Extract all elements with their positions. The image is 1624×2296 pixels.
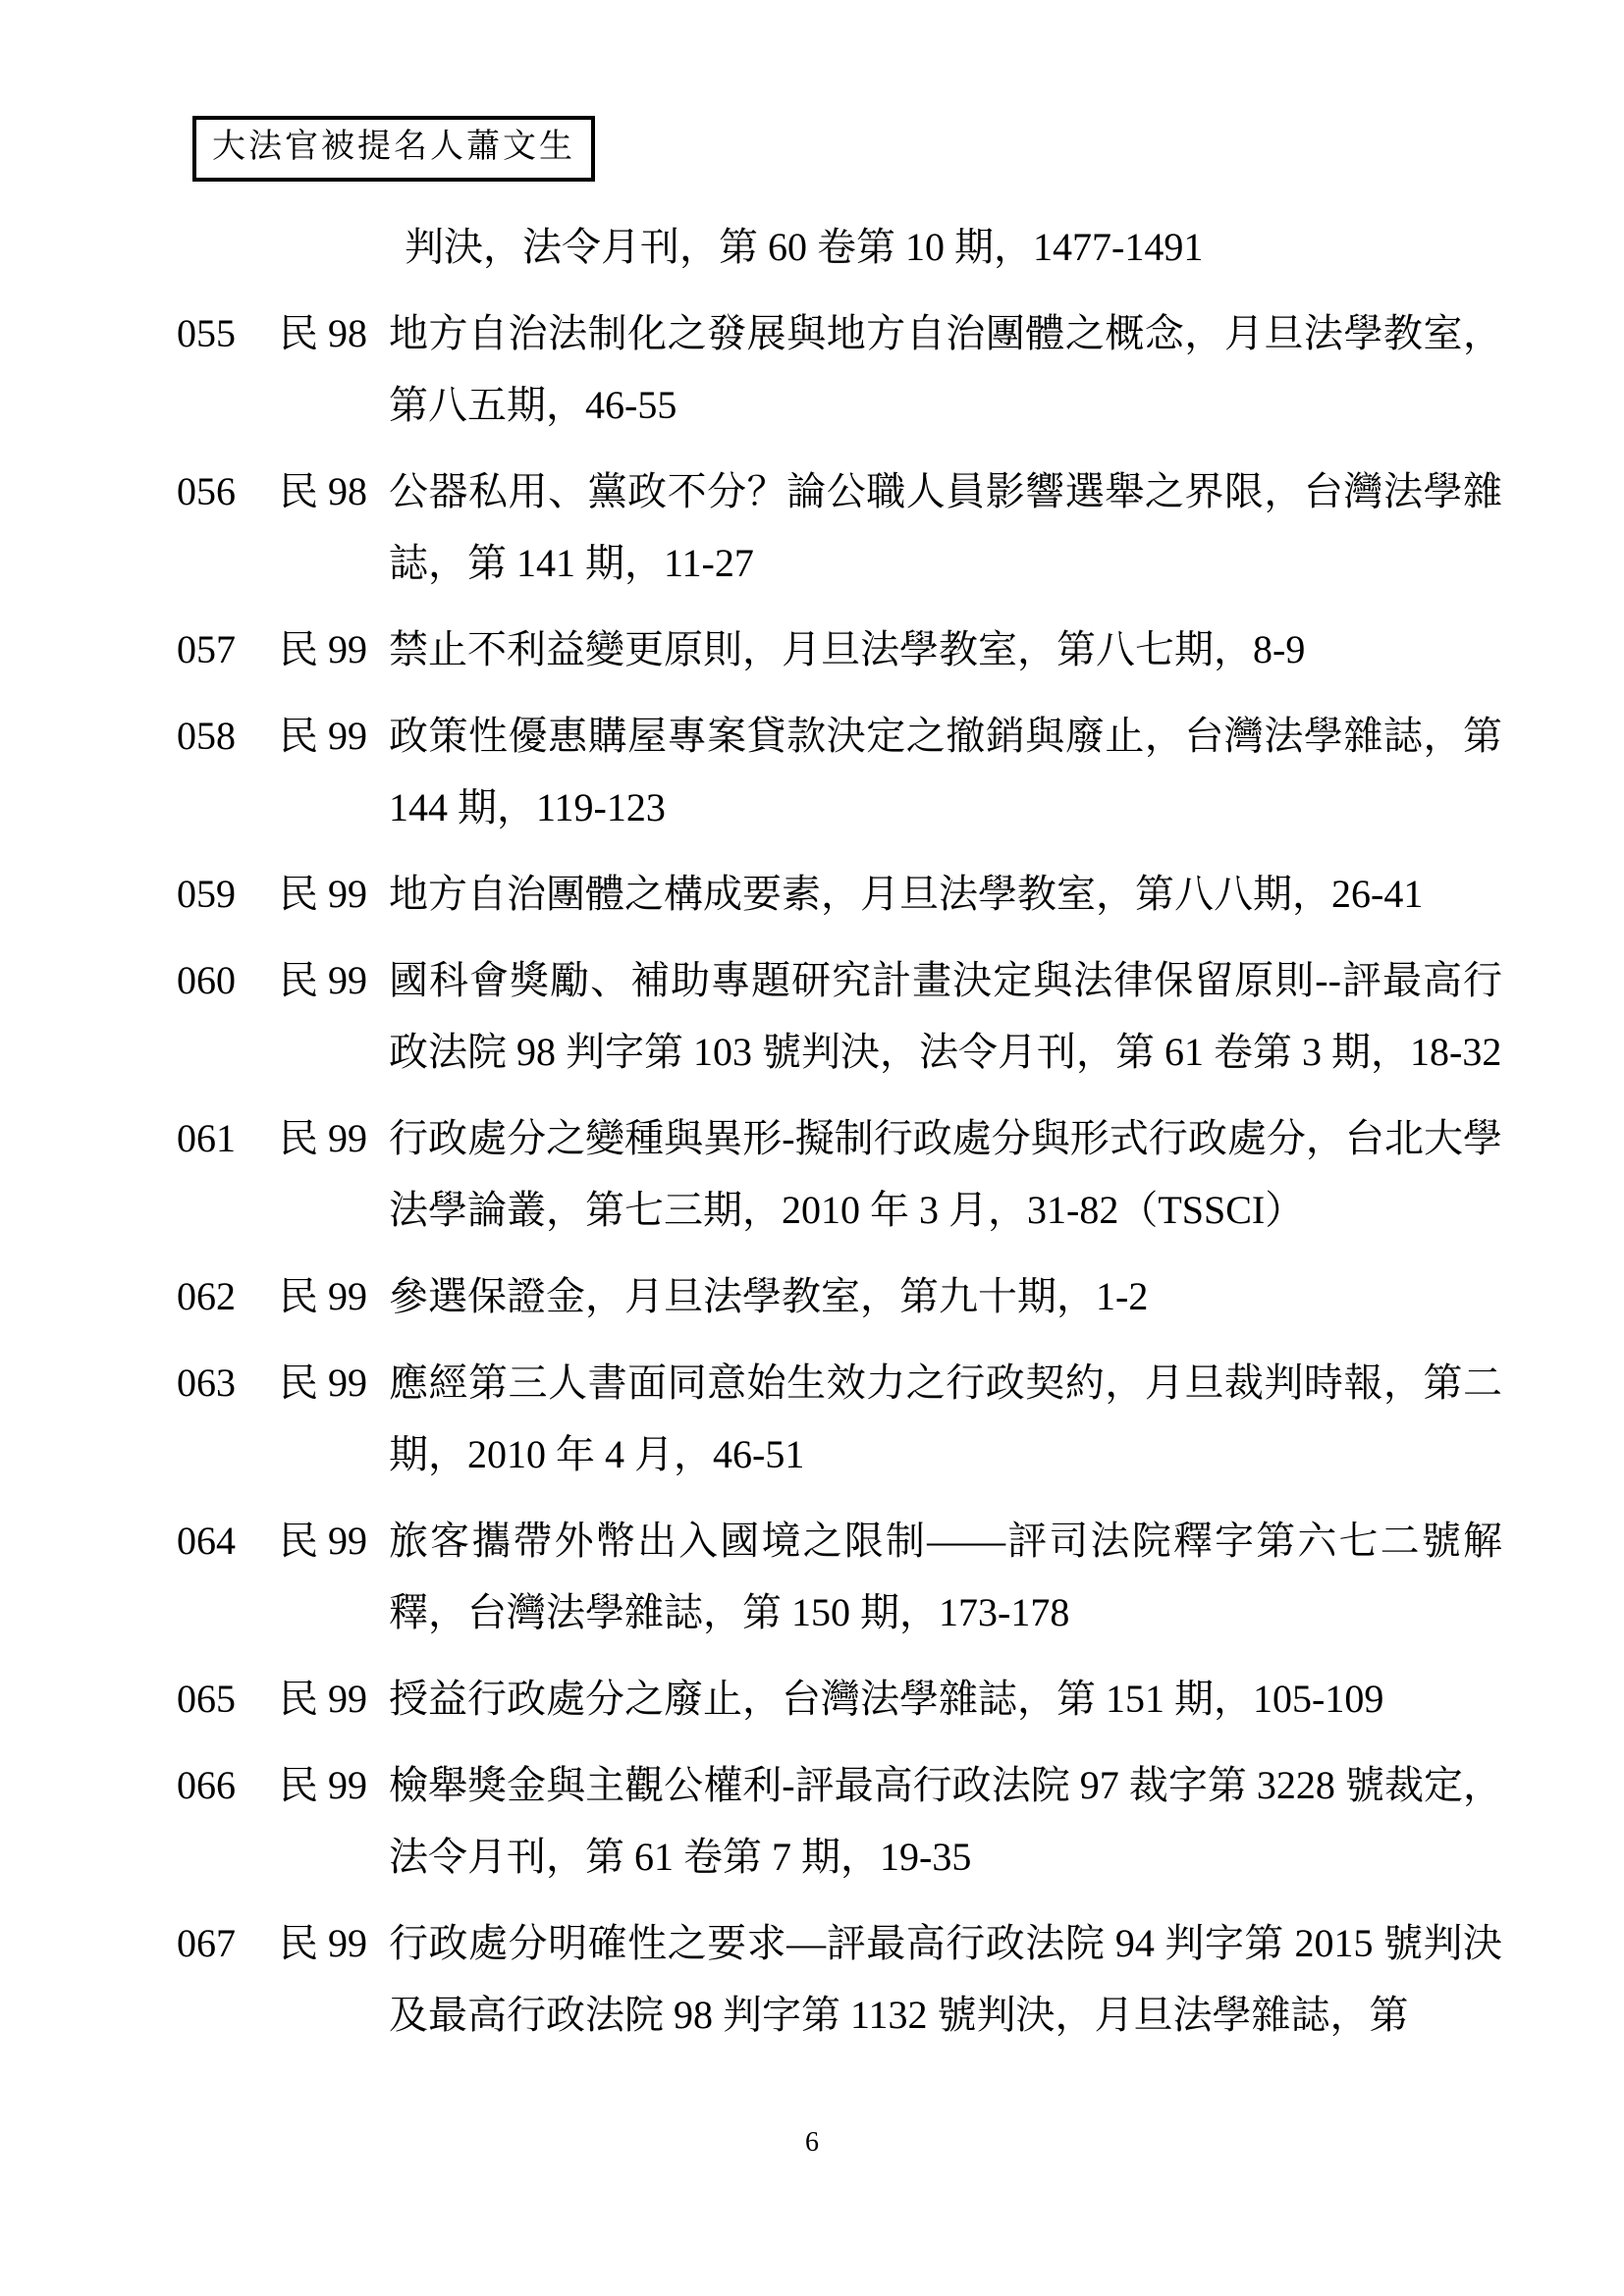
entry-number: 058 <box>177 700 279 772</box>
entry-year-era: 民 99 <box>279 1102 389 1174</box>
entry-number: 064 <box>177 1505 279 1576</box>
publication-entry: 061 民 99 行政處分之變種與異形-擬制行政處分與形式行政處分，台北大學法學… <box>177 1102 1502 1246</box>
publication-entry: 058 民 99 政策性優惠購屋專案貸款決定之撤銷與廢止，台灣法學雜誌，第 14… <box>177 700 1502 843</box>
entry-number: 066 <box>177 1749 279 1821</box>
entry-number: 063 <box>177 1347 279 1418</box>
publication-entry: 065 民 99 授益行政處分之廢止，台灣法學雜誌，第 151 期，105-10… <box>177 1663 1502 1735</box>
entry-year-era: 民 99 <box>279 944 389 1016</box>
document-page: 大法官被提名人蕭文生 判決，法令月刊，第 60 卷第 10 期，1477-149… <box>0 0 1624 2296</box>
nominee-header-box: 大法官被提名人蕭文生 <box>192 116 595 182</box>
continuation-line: 判決，法令月刊，第 60 卷第 10 期，1477-1491 <box>405 211 1502 283</box>
entry-year-era: 民 98 <box>279 455 389 527</box>
entry-citation: 國科會獎勵、補助專題研究計畫決定與法律保留原則--評最高行政法院 98 判字第 … <box>389 944 1502 1088</box>
entry-number: 059 <box>177 858 279 930</box>
entry-number: 061 <box>177 1102 279 1174</box>
entry-number: 060 <box>177 944 279 1016</box>
entry-citation: 行政處分明確性之要求—評最高行政法院 94 判字第 2015 號判決及最高行政法… <box>389 1907 1502 2051</box>
entry-number: 062 <box>177 1260 279 1332</box>
entry-citation: 行政處分之變種與異形-擬制行政處分與形式行政處分，台北大學法學論叢，第七三期，2… <box>389 1102 1502 1246</box>
entry-citation: 政策性優惠購屋專案貸款決定之撤銷與廢止，台灣法學雜誌，第 144 期，119-1… <box>389 700 1502 843</box>
publication-entry: 064 民 99 旅客攜帶外幣出入國境之限制——評司法院釋字第六七二號解釋，台灣… <box>177 1505 1502 1648</box>
entry-citation: 禁止不利益變更原則，月旦法學教室，第八七期，8-9 <box>389 614 1502 685</box>
entry-year-era: 民 99 <box>279 1663 389 1735</box>
entry-number: 057 <box>177 614 279 685</box>
entry-year-era: 民 98 <box>279 297 389 369</box>
entry-citation: 地方自治團體之構成要素，月旦法學教室，第八八期，26-41 <box>389 858 1502 930</box>
publication-entry: 060 民 99 國科會獎勵、補助專題研究計畫決定與法律保留原則--評最高行政法… <box>177 944 1502 1088</box>
entry-year-era: 民 99 <box>279 700 389 772</box>
entry-year-era: 民 99 <box>279 1260 389 1332</box>
entry-citation: 參選保證金，月旦法學教室，第九十期，1-2 <box>389 1260 1502 1332</box>
entry-citation: 檢舉獎金與主觀公權利-評最高行政法院 97 裁字第 3228 號裁定，法令月刊，… <box>389 1749 1502 1893</box>
entry-number: 055 <box>177 297 279 369</box>
entry-number: 056 <box>177 455 279 527</box>
entry-year-era: 民 99 <box>279 858 389 930</box>
nominee-header-label: 大法官被提名人蕭文生 <box>212 129 575 165</box>
publication-entry: 067 民 99 行政處分明確性之要求—評最高行政法院 94 判字第 2015 … <box>177 1907 1502 2051</box>
entry-year-era: 民 99 <box>279 1505 389 1576</box>
entry-number: 065 <box>177 1663 279 1735</box>
entry-year-era: 民 99 <box>279 1907 389 1979</box>
publication-list: 055 民 98 地方自治法制化之發展與地方自治團體之概念，月旦法學教室，第八五… <box>177 297 1502 2051</box>
entry-citation: 旅客攜帶外幣出入國境之限制——評司法院釋字第六七二號解釋，台灣法學雜誌，第 15… <box>389 1505 1502 1648</box>
entry-citation: 應經第三人書面同意始生效力之行政契約，月旦裁判時報，第二期，2010 年 4 月… <box>389 1347 1502 1490</box>
entry-year-era: 民 99 <box>279 1749 389 1821</box>
entry-number: 067 <box>177 1907 279 1979</box>
publication-entry: 056 民 98 公器私用、黨政不分？論公職人員影響選舉之界限，台灣法學雜誌，第… <box>177 455 1502 599</box>
publication-entry: 066 民 99 檢舉獎金與主觀公權利-評最高行政法院 97 裁字第 3228 … <box>177 1749 1502 1893</box>
publication-entry: 059 民 99 地方自治團體之構成要素，月旦法學教室，第八八期，26-41 <box>177 858 1502 930</box>
publication-entry: 063 民 99 應經第三人書面同意始生效力之行政契約，月旦裁判時報，第二期，2… <box>177 1347 1502 1490</box>
publication-entry: 057 民 99 禁止不利益變更原則，月旦法學教室，第八七期，8-9 <box>177 614 1502 685</box>
publication-entry: 062 民 99 參選保證金，月旦法學教室，第九十期，1-2 <box>177 1260 1502 1332</box>
entry-citation: 地方自治法制化之發展與地方自治團體之概念，月旦法學教室，第八五期，46-55 <box>389 297 1502 441</box>
entry-year-era: 民 99 <box>279 1347 389 1418</box>
entry-citation: 公器私用、黨政不分？論公職人員影響選舉之界限，台灣法學雜誌，第 141 期，11… <box>389 455 1502 599</box>
entry-citation: 授益行政處分之廢止，台灣法學雜誌，第 151 期，105-109 <box>389 1663 1502 1735</box>
publication-entry: 055 民 98 地方自治法制化之發展與地方自治團體之概念，月旦法學教室，第八五… <box>177 297 1502 441</box>
entry-year-era: 民 99 <box>279 614 389 685</box>
page-number: 6 <box>0 2127 1624 2159</box>
